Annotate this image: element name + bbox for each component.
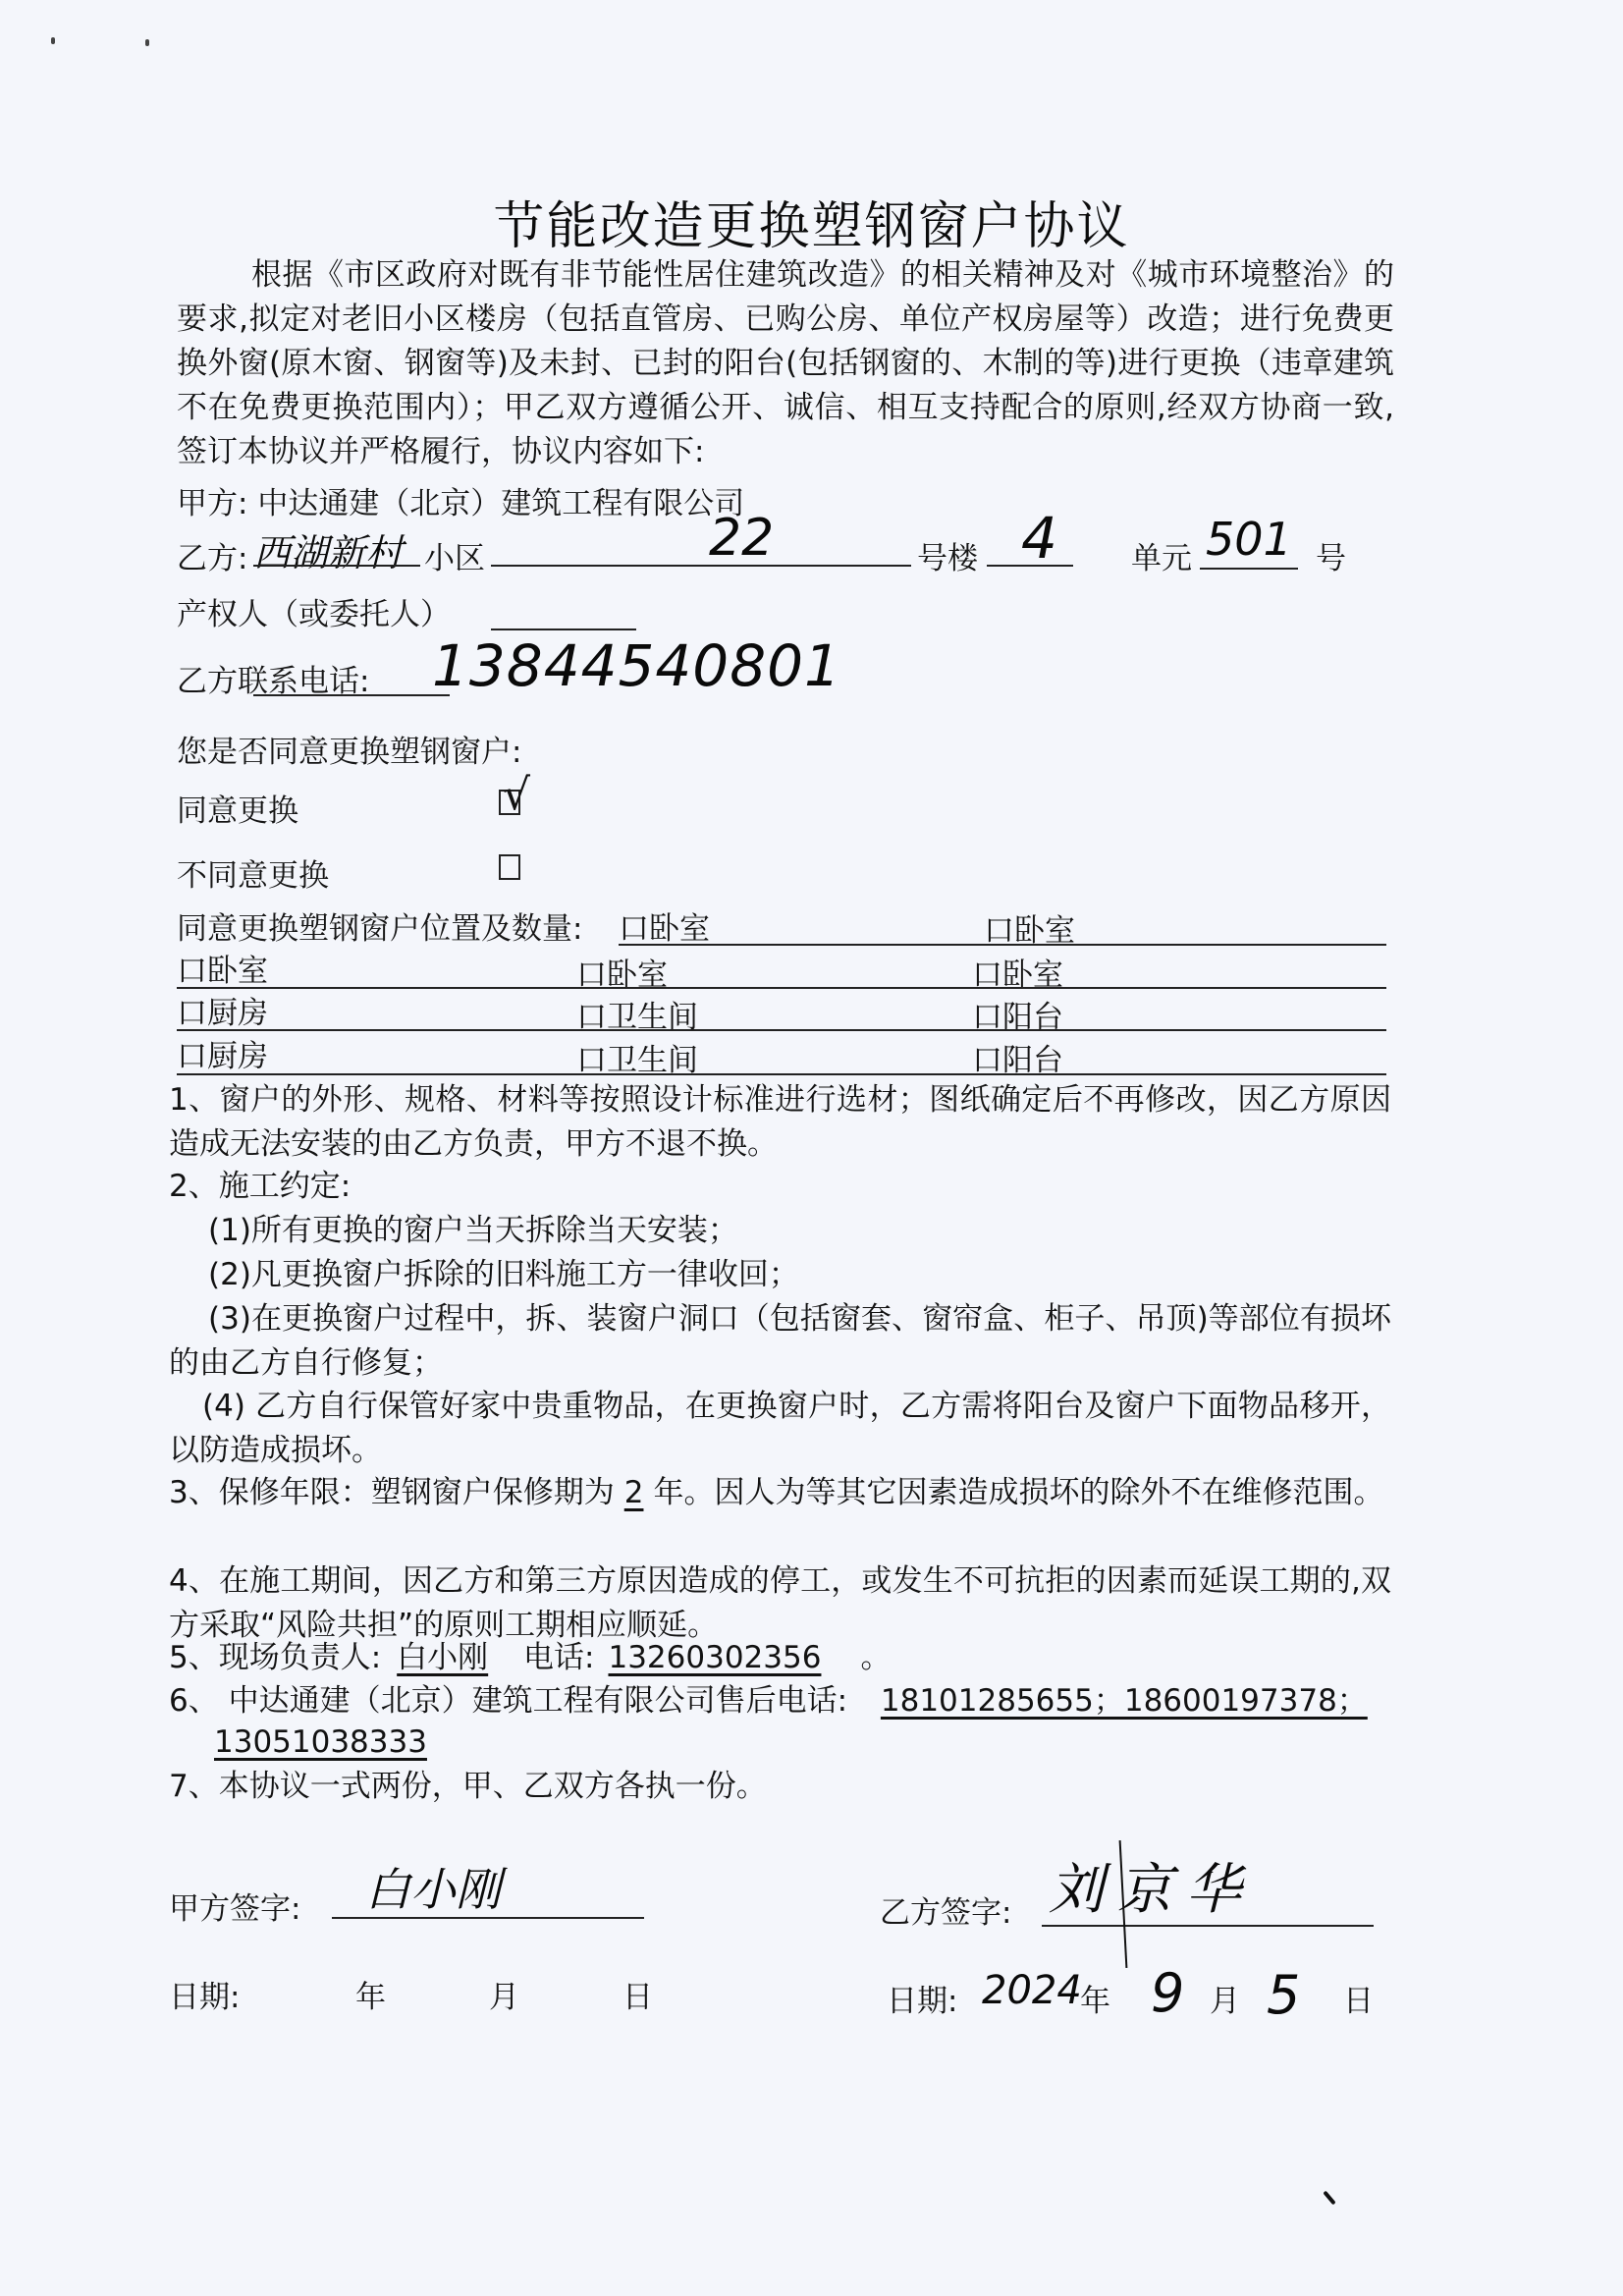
party-b-label: 乙方: — [177, 533, 247, 577]
clause-2-2: (2)凡更换窗户拆除的旧料施工方一律收回； — [208, 1253, 799, 1297]
location-row-line — [619, 944, 1386, 946]
party-b-day-field[interactable]: 5 — [1267, 1964, 1300, 2026]
after-sales-phones-field[interactable]: 18101285655；18600197378； — [857, 1683, 1368, 1719]
clause-6-prefix: 6、 中达通建（北京）建筑工程有限公司售后电话: — [169, 1683, 847, 1719]
clause-5-end: 。 — [860, 1640, 891, 1675]
party-a-day-label: 日 — [622, 1972, 653, 2016]
clause-5-phone-label: 电话: — [523, 1640, 594, 1675]
clause-4: 4、在施工期间，因乙方和第三方原因造成的停工，或发生不可抗拒的因素而延误工期的,… — [169, 1559, 1391, 1648]
party-a-signature[interactable]: 白小刚 — [365, 1854, 501, 1919]
party-b-signature-line — [1042, 1925, 1374, 1927]
unit-number-field[interactable]: 4 — [1021, 505, 1057, 572]
warranty-years-field[interactable]: 2 — [615, 1475, 654, 1510]
location-row-line — [177, 1029, 1386, 1031]
room-underline — [1200, 568, 1298, 570]
after-sales-phone-3[interactable]: 13051038333 — [214, 1721, 447, 1765]
clause-3-suffix: 年。因人为等其它因素造成损坏的除外不在维修范围。 — [653, 1475, 1383, 1510]
location-option-kitchen[interactable]: 口厨房 — [177, 988, 268, 1032]
agree-checkmark: √ — [503, 770, 530, 820]
party-b-year-field[interactable]: 2024 — [982, 1968, 1082, 2013]
party-a-date-label: 日期: — [169, 1972, 240, 2016]
site-manager-field[interactable]: 白小刚 — [381, 1640, 514, 1675]
scan-speck — [51, 37, 55, 44]
party-b-year-label: 年 — [1080, 1976, 1110, 2020]
party-a-signature-label: 甲方签字: — [169, 1884, 300, 1928]
building-suffix: 号楼 — [917, 533, 978, 577]
clause-5: 5、现场负责人:白小刚 电话:13260302356。 — [169, 1636, 891, 1680]
location-row-line — [177, 1073, 1386, 1075]
party-a-label: 甲方: — [177, 486, 247, 521]
party-a-signature-line — [332, 1917, 644, 1919]
room-suffix: 号 — [1316, 533, 1346, 577]
scan-speck — [145, 39, 149, 46]
clause-3: 3、保修年限：塑钢窗户保修期为2年。因人为等其它因素造成损坏的除外不在维修范围。 — [169, 1471, 1391, 1515]
disagree-checkbox[interactable] — [499, 854, 522, 882]
document-title: 节能改造更换塑钢窗户协议 — [0, 185, 1623, 258]
location-option-bedroom[interactable]: 口卧室 — [177, 946, 268, 990]
locations-label: 同意更换塑钢窗户位置及数量: — [177, 903, 582, 948]
clause-2-heading: 2、施工约定: — [169, 1165, 351, 1209]
owner-underline — [491, 629, 636, 630]
party-a-row: 甲方: 中达通建（北京）建筑工程有限公司 — [177, 478, 744, 522]
building-number-field[interactable]: 22 — [709, 509, 774, 568]
party-b-signature[interactable]: 刘京华 — [1049, 1846, 1255, 1925]
party-b-month-label: 月 — [1210, 1976, 1240, 2020]
clause-7: 7、本协议一式两份，甲、乙双方各执一份。 — [169, 1765, 767, 1809]
phone-field[interactable]: 13844540801 — [432, 632, 841, 699]
community-suffix: 小区 — [424, 533, 485, 577]
party-b-date-label: 日期: — [887, 1976, 957, 2020]
party-b-community-field[interactable]: 西湖新村 — [253, 522, 403, 576]
clause-3-prefix: 3、保修年限：塑钢窗户保修期为 — [169, 1475, 615, 1510]
clause-5-prefix: 5、现场负责人: — [169, 1640, 381, 1675]
clause-2-1: (1)所有更换的窗户当天拆除当天安装； — [208, 1209, 738, 1253]
unit-suffix: 单元 — [1131, 533, 1192, 577]
room-number-field[interactable]: 501 — [1206, 513, 1292, 566]
clause-6: 6、 中达通建（北京）建筑工程有限公司售后电话: 18101285655；186… — [169, 1679, 1368, 1723]
party-a-month-label: 月 — [489, 1972, 519, 2016]
location-option-bedroom[interactable]: 口卧室 — [619, 903, 710, 948]
owner-label: 产权人（或委托人） — [177, 589, 451, 633]
disagree-label: 不同意更换 — [177, 850, 329, 895]
party-b-day-label: 日 — [1343, 1976, 1374, 2020]
party-b-signature-label: 乙方签字: — [880, 1887, 1011, 1932]
party-a-value: 中达通建（北京）建筑工程有限公司 — [257, 486, 744, 521]
location-row-line — [177, 987, 1386, 989]
party-a-year-label: 年 — [355, 1972, 386, 2016]
clause-2-4: (4) 乙方自行保管好家中贵重物品，在更换窗户时，乙方需将阳台及窗户下面物品移开… — [169, 1385, 1391, 1473]
scan-speck — [1323, 2191, 1335, 2206]
agree-label: 同意更换 — [177, 786, 298, 830]
site-manager-phone-field[interactable]: 13260302356 — [594, 1640, 860, 1675]
intro-paragraph: 根据《市区政府对既有非节能性居住建筑改造》的相关精神及对《城市环境整治》的要求,… — [177, 253, 1394, 474]
clause-2-3: (3)在更换窗户过程中，拆、装窗户洞口（包括窗套、窗帘盒、柜子、吊顶)等部位有损… — [169, 1297, 1391, 1386]
community-underline — [253, 565, 420, 567]
building-underline — [491, 565, 911, 567]
consent-question: 您是否同意更换塑钢窗户: — [177, 727, 521, 771]
checkbox-box — [499, 854, 520, 880]
location-option-kitchen[interactable]: 口厨房 — [177, 1031, 268, 1075]
phone-underline — [253, 694, 450, 696]
clause-1: 1、窗户的外形、规格、材料等按照设计标准进行选材；图纸确定后不再修改，因乙方原因… — [169, 1078, 1391, 1167]
party-b-month-field[interactable]: 9 — [1151, 1962, 1184, 2024]
